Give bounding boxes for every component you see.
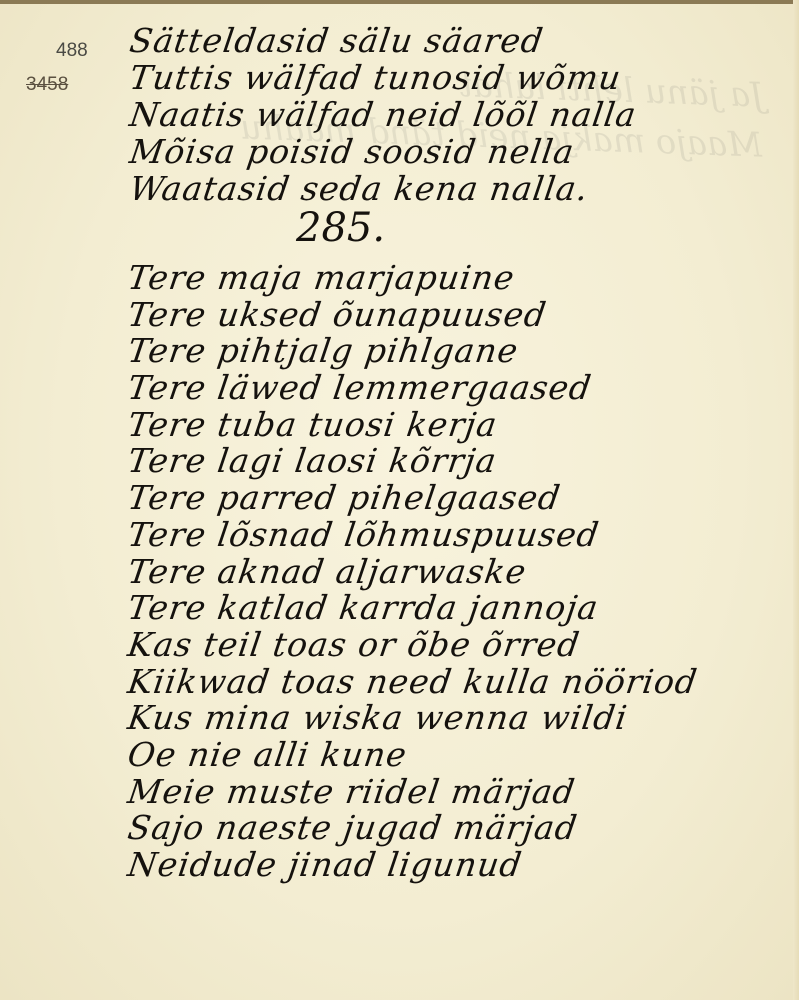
song-number: 285.: [296, 205, 385, 251]
verse-line: Mõisa poisid soosid nella: [127, 133, 639, 170]
song-verse: Tere maja marjapuine Tere uksed õunapuus…: [128, 260, 697, 884]
manuscript-page: Ja jänu lehti lahat Maajo makja neid tän…: [0, 0, 799, 1000]
verse-line: Kiikwad toas need kulla nööriod: [125, 664, 699, 701]
page-right-edge: [793, 0, 799, 1000]
verse-line: Neidude jinad ligunud: [125, 847, 699, 884]
archive-number: 488: [56, 40, 88, 62]
verse-line: Tere lõsnad lõhmuspuused: [125, 517, 699, 554]
verse-line: Sätteldasid sälu säared: [127, 22, 639, 59]
verse-line: Oe nie alli kune: [125, 737, 699, 774]
verse-line: Kus mina wiska wenna wildi: [125, 700, 699, 737]
verse-line: Sajo naeste jugad märjad: [125, 810, 699, 847]
verse-line: Tere tuba tuosi kerja: [125, 407, 699, 444]
verse-line: Meie muste riidel märjad: [125, 774, 699, 811]
verse-line: Tere lagi laosi kõrrja: [125, 443, 699, 480]
verse-line: Naatis wälfad neid lõõl nalla: [127, 96, 639, 133]
song-number-text: 285.: [296, 205, 385, 251]
verse-line: Tuttis wälfad tunosid wõmu: [127, 59, 639, 96]
page-top-edge: [0, 0, 799, 4]
verse-line: Tere aknad aljarwaske: [125, 554, 699, 591]
verse-line: Waatasid seda kena nalla.: [127, 170, 639, 207]
verse-line: Kas teil toas or õbe õrred: [125, 627, 699, 664]
verse-line: Tere maja marjapuine: [125, 260, 699, 297]
verse-line: Tere läwed lemmergaased: [125, 370, 699, 407]
verse-line: Tere pihtjalg pihlgane: [125, 333, 699, 370]
verse-line: Tere parred pihelgaased: [125, 480, 699, 517]
archive-number-struck: 3458: [26, 74, 68, 96]
verse-line: Tere katlad karrda jannoja: [125, 590, 699, 627]
previous-song-ending: Sätteldasid sälu säared Tuttis wälfad tu…: [130, 22, 636, 207]
verse-line: Tere uksed õunapuused: [125, 297, 699, 334]
